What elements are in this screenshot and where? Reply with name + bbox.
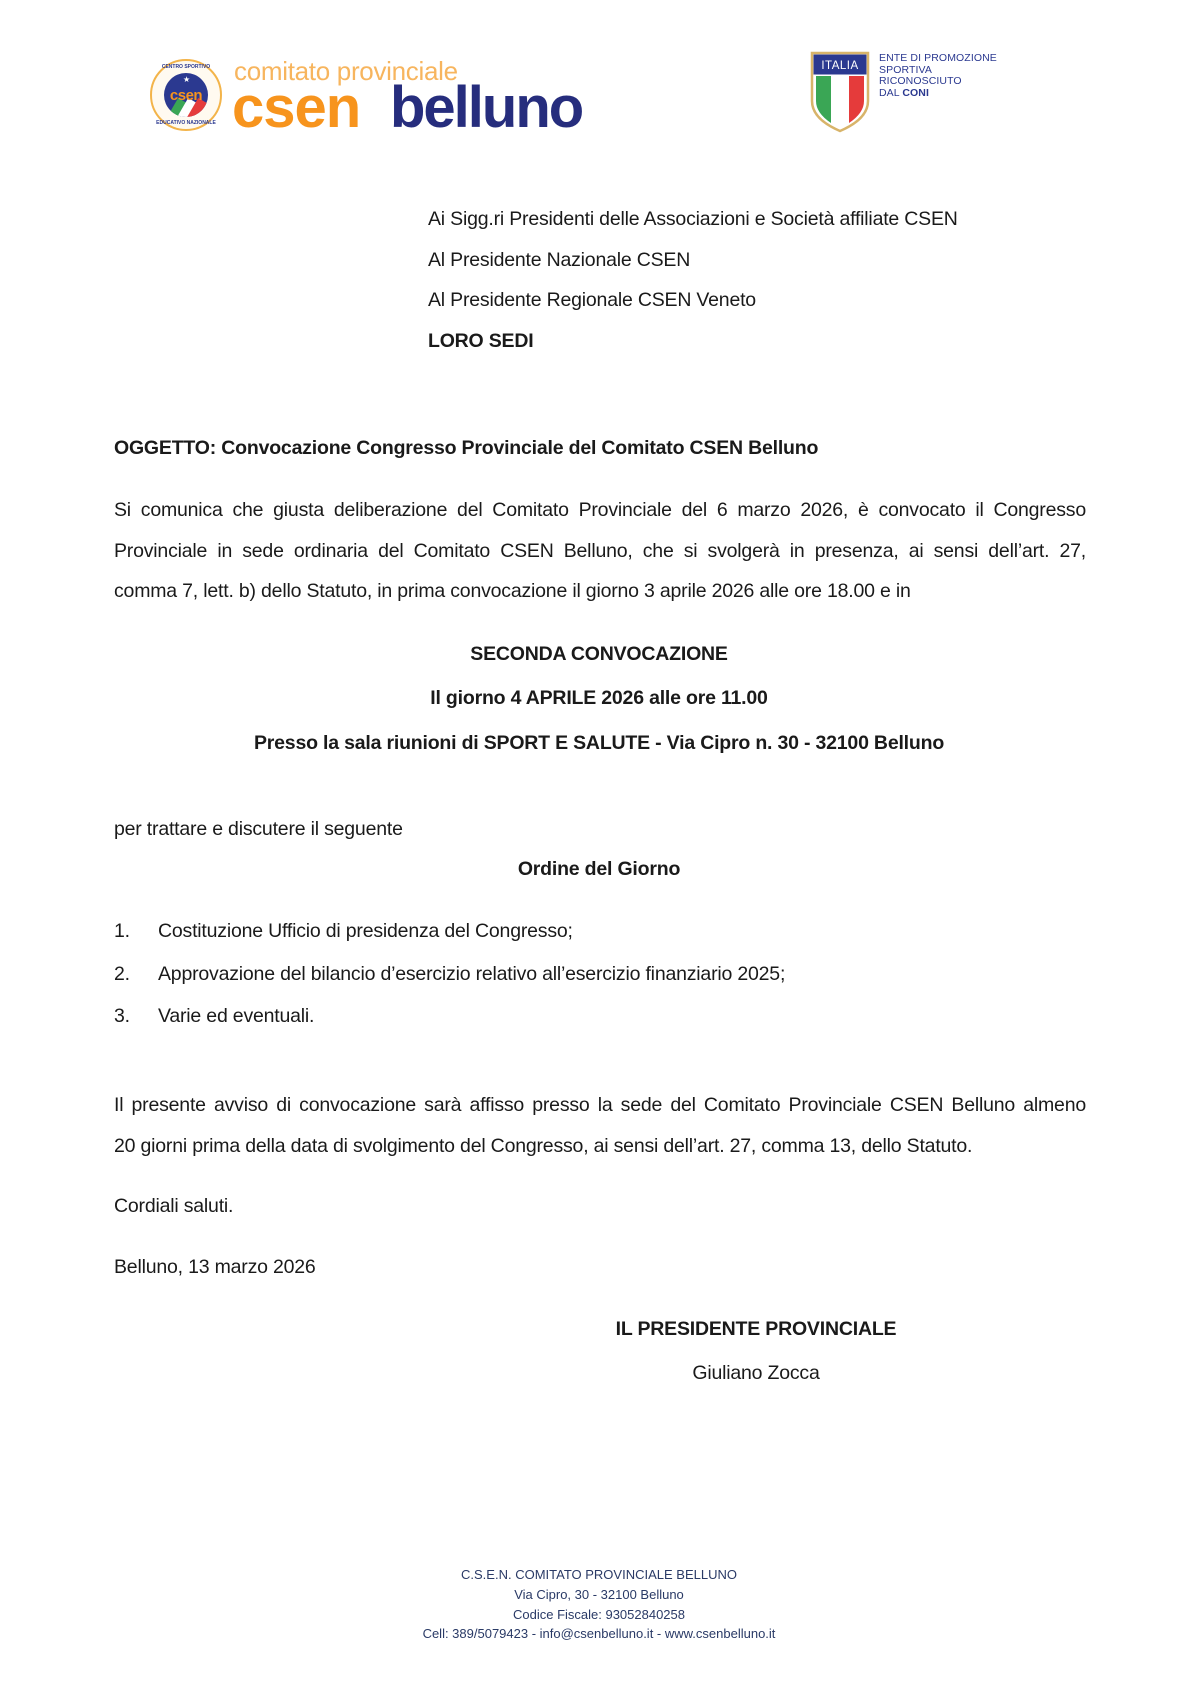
agenda-item-number: 3. [114, 1007, 130, 1027]
logo-brand-csen: csen [232, 74, 360, 141]
agenda-title: Ordine del Giorno [0, 860, 1198, 880]
footer-contacts: Cell: 389/5079423 - info@csenbelluno.it … [0, 1626, 1198, 1641]
footer-tax-code: Codice Fiscale: 93052840258 [0, 1607, 1198, 1622]
second-call-place: Presso la sala riunioni di SPORT E SALUT… [0, 734, 1198, 754]
coni-recognition-text: ENTE DI PROMOZIONE SPORTIVA RICONOSCIUTO… [879, 53, 997, 99]
recipient-line: Al Presidente Nazionale CSEN [428, 251, 690, 271]
signature-role: IL PRESIDENTE PROVINCIALE [556, 1320, 956, 1340]
recipient-line-loro-sedi: LORO SEDI [428, 332, 533, 352]
recipient-line: Al Presidente Regionale CSEN Veneto [428, 291, 756, 311]
second-call-title: SECONDA CONVOCAZIONE [0, 645, 1198, 665]
subject-line: OGGETTO: Convocazione Congresso Provinci… [114, 439, 818, 459]
intro-line: Si comunica che giusta deliberazione del… [114, 501, 1086, 521]
agenda-item-text: Varie ed eventuali. [158, 1007, 314, 1027]
badge-word: csen [164, 87, 208, 104]
csen-belluno-logo: CENTRO SPORTIVO csen ★ EDUCATIVO NAZIONA… [150, 56, 620, 136]
intro-line: comma 7, lett. b) dello Statuto, in prim… [114, 582, 911, 602]
notice-line: Il presente avviso di convocazione sarà … [114, 1096, 1086, 1116]
agenda-item-text: Costituzione Ufficio di presidenza del C… [158, 922, 573, 942]
closing: Cordiali saluti. [114, 1197, 233, 1217]
agenda-item-number: 2. [114, 965, 130, 985]
agenda-intro: per trattare e discutere il seguente [114, 820, 403, 840]
badge-ring-top: CENTRO SPORTIVO [152, 64, 220, 70]
coni-line: ENTE DI PROMOZIONE [879, 53, 997, 65]
agenda-item-text: Approvazione del bilancio d’esercizio re… [158, 965, 785, 985]
intro-line: Provinciale in sede ordinaria del Comita… [114, 542, 1086, 562]
coni-line: DAL CONI [879, 88, 997, 100]
logo-brand-belluno: belluno [390, 74, 582, 141]
signature-name: Giuliano Zocca [556, 1364, 956, 1384]
csen-badge-icon: CENTRO SPORTIVO csen ★ EDUCATIVO NAZIONA… [150, 59, 222, 131]
star-icon: ★ [183, 75, 190, 84]
notice-line: 20 giorni prima della data di svolgiment… [114, 1137, 972, 1157]
footer-address: Via Cipro, 30 - 32100 Belluno [0, 1587, 1198, 1602]
badge-ring-bottom: EDUCATIVO NAZIONALE [152, 120, 220, 126]
recipient-line: Ai Sigg.ri Presidenti delle Associazioni… [428, 210, 958, 230]
second-call-date: Il giorno 4 APRILE 2026 alle ore 11.00 [0, 689, 1198, 709]
shield-label: ITALIA [821, 60, 858, 72]
coni-bold: CONI [902, 87, 929, 99]
footer-org: C.S.E.N. COMITATO PROVINCIALE BELLUNO [0, 1567, 1198, 1582]
place-date: Belluno, 13 marzo 2026 [114, 1258, 316, 1278]
italia-shield-icon: ITALIA [810, 51, 870, 133]
agenda-item-number: 1. [114, 922, 130, 942]
